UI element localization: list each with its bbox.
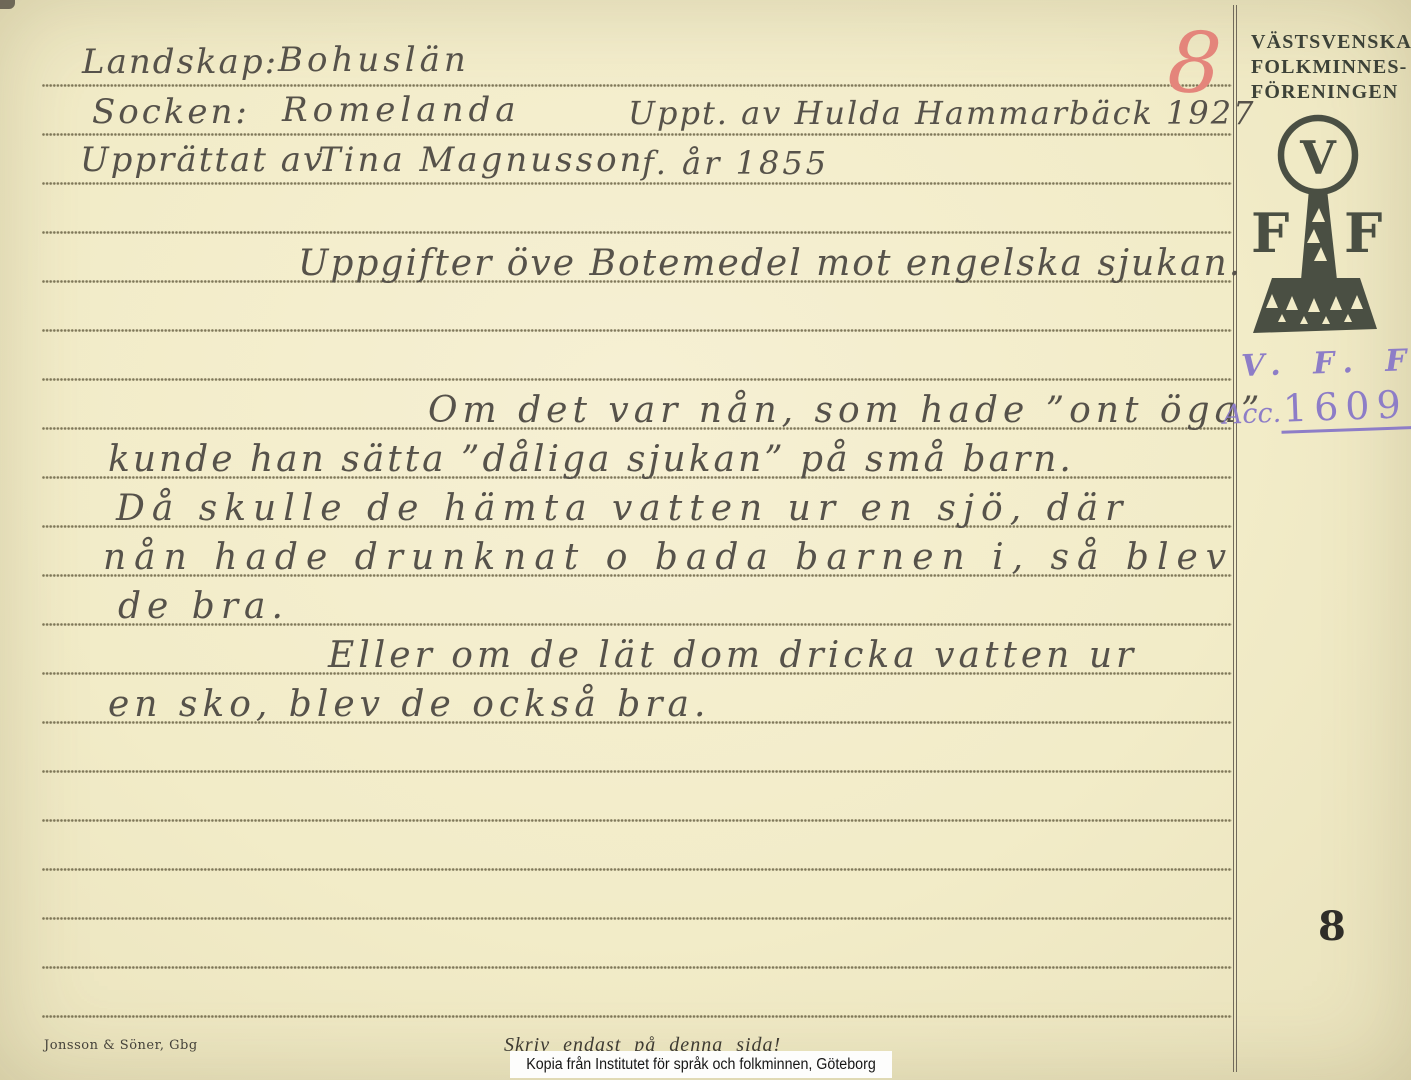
- stamp-acc-number: 1609: [1280, 382, 1411, 434]
- upprattat-label: Upprättat av: [80, 140, 324, 180]
- organization-name: VÄSTSVENSKA FOLKMINNES- FÖRENINGEN: [1251, 30, 1411, 105]
- organization-name-line: VÄSTSVENSKA: [1251, 30, 1411, 55]
- record-title: Uppgifter öve Botemedel mot engelska sju…: [298, 243, 1242, 284]
- socken-value: Romelanda: [282, 90, 521, 130]
- landskap-value: Bohuslän: [278, 40, 470, 80]
- socken-label: Socken:: [92, 92, 250, 132]
- organization-name-line: FOLKMINNES-: [1251, 55, 1411, 80]
- logo-letter-f-left: F: [1251, 201, 1289, 265]
- informant-birth-note: f. år 1855: [642, 144, 829, 182]
- stamp-accession-line: Acc.1609: [1222, 381, 1411, 432]
- logo-letter-f-right: F: [1344, 201, 1382, 265]
- handwritten-line: Eller om de lät dom dricka vatten ur: [328, 635, 1137, 676]
- handwritten-line: en sko, blev de också bra.: [108, 684, 710, 725]
- stamp-org-initials: V. F. F.: [1241, 342, 1411, 384]
- thors-hammer-logo-icon: V F F: [1248, 112, 1382, 337]
- collector-note: Uppt. av Hulda Hammarbäck 1927: [628, 94, 1255, 132]
- archive-caption-band: Kopia från Institutet för språk och folk…: [510, 1051, 892, 1078]
- stamp-acc-label: Acc.: [1222, 398, 1281, 431]
- accession-stamp: V. F. F. Acc.1609: [1221, 342, 1411, 432]
- handwritten-line: Om det var nån, som hade ”ont öga”: [428, 390, 1264, 431]
- landskap-label: Landskap:: [82, 42, 278, 82]
- scanned-record-card: Landskap: Bohuslän Socken: Romelanda Upp…: [0, 0, 1411, 1080]
- upprattat-value: Tina Magnusson: [318, 140, 644, 180]
- archive-caption: Kopia från Institutet för språk och folk…: [526, 1056, 876, 1074]
- printed-page-number: 8: [1318, 903, 1346, 950]
- organization-name-line: FÖRENINGEN: [1251, 80, 1411, 105]
- red-page-number: 8: [1165, 13, 1224, 114]
- logo-letter-v: V: [1299, 131, 1337, 185]
- handwritten-line: kunde han sätta ”dåliga sjukan” på små b…: [108, 439, 1074, 480]
- handwritten-line: Då skulle de hämta vatten ur en sjö, där: [116, 488, 1129, 529]
- scan-corner-mark: [0, 0, 15, 9]
- printer-imprint: Jonsson & Söner, Gbg: [44, 1038, 198, 1053]
- handwritten-line: de bra.: [118, 586, 289, 627]
- handwritten-line: nån hade drunknat o bada barnen i, så bl…: [103, 537, 1234, 578]
